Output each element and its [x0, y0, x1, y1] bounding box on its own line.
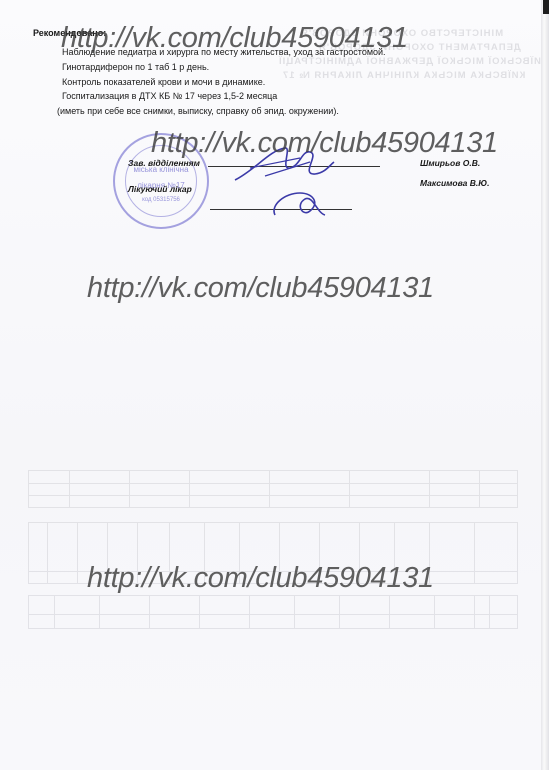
- signature-role: Лікуючий лікар: [128, 184, 192, 194]
- document-page: МІНІСТЕРСТВО ОХОРОНИ ЗДОРОВ'Я ДЕПАРТАМЕН…: [0, 0, 541, 770]
- recommendation-note: (иметь при себе все снимки, выписку, спр…: [57, 106, 339, 116]
- signature-scribble: [265, 185, 335, 225]
- watermark: http://vk.com/club45904131: [151, 127, 498, 160]
- ghost-table: [28, 595, 518, 629]
- ghost-header-line: КИЇВСЬКА МІСЬКА КЛІНІЧНА ЛІКАРНЯ № 17: [282, 70, 525, 81]
- page-edge: [541, 0, 549, 770]
- watermark: http://vk.com/club45904131: [61, 22, 408, 55]
- ghost-header-line: КИЇВСЬКОЇ МІСЬКОЇ ДЕРЖАВНОЇ АДМІНІСТРАЦІ…: [278, 56, 548, 67]
- recommendation-item: Госпитализация в ДТХ КБ № 17 через 1,5-2…: [62, 91, 277, 101]
- ghost-table: [28, 470, 518, 508]
- watermark: http://vk.com/club45904131: [87, 272, 434, 305]
- stamp-line: код 05315756: [115, 197, 207, 203]
- recommendation-item: Гинотардиферон по 1 таб 1 р день.: [62, 62, 209, 72]
- signature-name: Максимова В.Ю.: [420, 178, 489, 188]
- recommendation-item: Контроль показателей крови и мочи в дина…: [62, 77, 265, 87]
- watermark: http://vk.com/club45904131: [87, 562, 434, 595]
- page-corner: [543, 0, 549, 14]
